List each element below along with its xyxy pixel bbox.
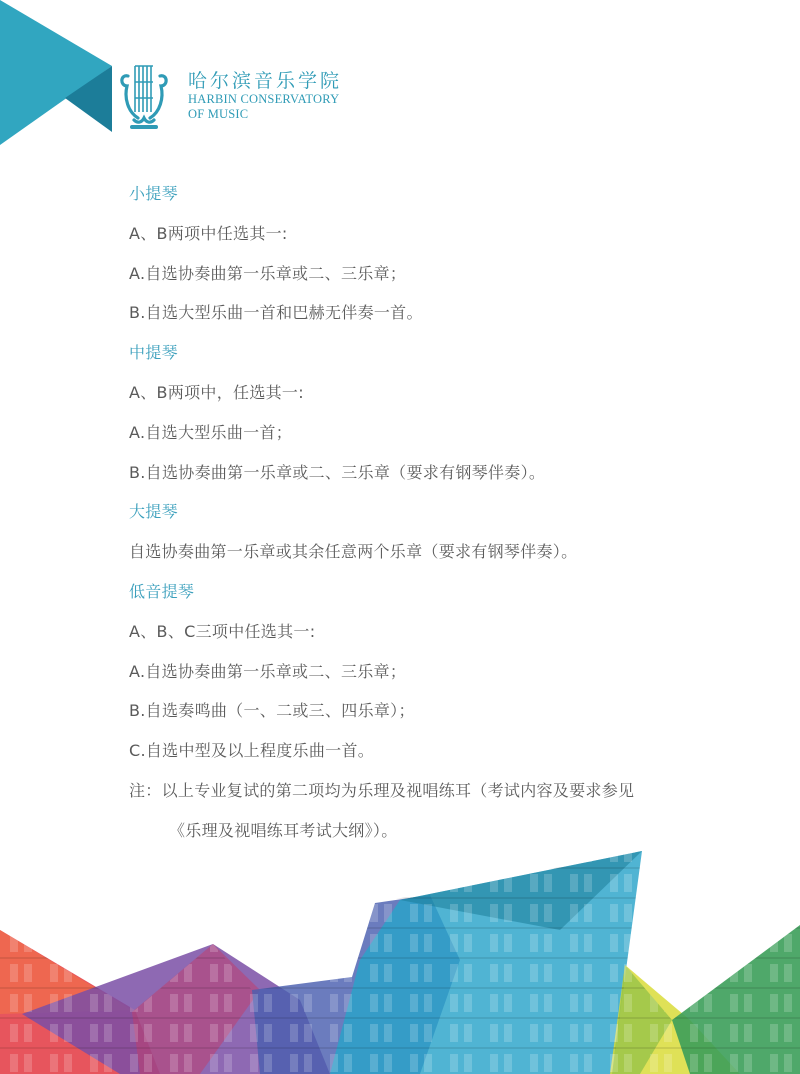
section-violin: 小提琴 A、B两项中任选其一: A.自选协奏曲第一乐章或二、三乐章； B.自选大… xyxy=(129,184,760,323)
section-line: A、B、C三项中任选其一: xyxy=(129,622,760,642)
section-heading: 大提琴 xyxy=(129,502,760,522)
institution-logo: 哈尔滨音乐学院 HARBIN CONSERVATORY OF MUSIC xyxy=(118,62,342,132)
note-line-1: 注：以上专业复试的第二项均为乐理及视唱练耳（考试内容及要求参见 xyxy=(129,781,760,801)
section-line: B.自选协奏曲第一乐章或二、三乐章（要求有钢琴伴奏）。 xyxy=(129,463,760,483)
footnote: 注：以上专业复试的第二项均为乐理及视唱练耳（考试内容及要求参见 《乐理及视唱练耳… xyxy=(129,781,760,841)
lyre-icon xyxy=(118,62,170,132)
institution-name-cn: 哈尔滨音乐学院 xyxy=(188,70,342,92)
building-collage-decoration xyxy=(0,844,800,1074)
corner-decoration xyxy=(0,0,120,150)
section-heading: 小提琴 xyxy=(129,184,760,204)
section-line: A.自选协奏曲第一乐章或二、三乐章； xyxy=(129,264,760,284)
section-viola: 中提琴 A、B两项中，任选其一: A.自选大型乐曲一首； B.自选协奏曲第一乐章… xyxy=(129,343,760,482)
section-heading: 中提琴 xyxy=(129,343,760,363)
note-line-2: 《乐理及视唱练耳考试大纲》）。 xyxy=(129,821,760,841)
section-line: A.自选协奏曲第一乐章或二、三乐章； xyxy=(129,662,760,682)
section-cello: 大提琴 自选协奏曲第一乐章或其余任意两个乐章（要求有钢琴伴奏）。 xyxy=(129,502,760,562)
section-line: A.自选大型乐曲一首； xyxy=(129,423,760,443)
section-line: 自选协奏曲第一乐章或其余任意两个乐章（要求有钢琴伴奏）。 xyxy=(129,542,760,562)
section-line: A、B两项中，任选其一: xyxy=(129,383,760,403)
section-line: A、B两项中任选其一: xyxy=(129,224,760,244)
exam-requirements: 小提琴 A、B两项中任选其一: A.自选协奏曲第一乐章或二、三乐章； B.自选大… xyxy=(129,184,760,861)
institution-name-en-line1: HARBIN CONSERVATORY xyxy=(188,92,342,107)
section-line: C.自选中型及以上程度乐曲一首。 xyxy=(129,741,760,761)
section-double-bass: 低音提琴 A、B、C三项中任选其一: A.自选协奏曲第一乐章或二、三乐章； B.… xyxy=(129,582,760,761)
section-heading: 低音提琴 xyxy=(129,582,760,602)
institution-name-en-line2: OF MUSIC xyxy=(188,107,342,122)
section-line: B.自选大型乐曲一首和巴赫无伴奏一首。 xyxy=(129,303,760,323)
section-line: B.自选奏鸣曲（一、二或三、四乐章）； xyxy=(129,701,760,721)
